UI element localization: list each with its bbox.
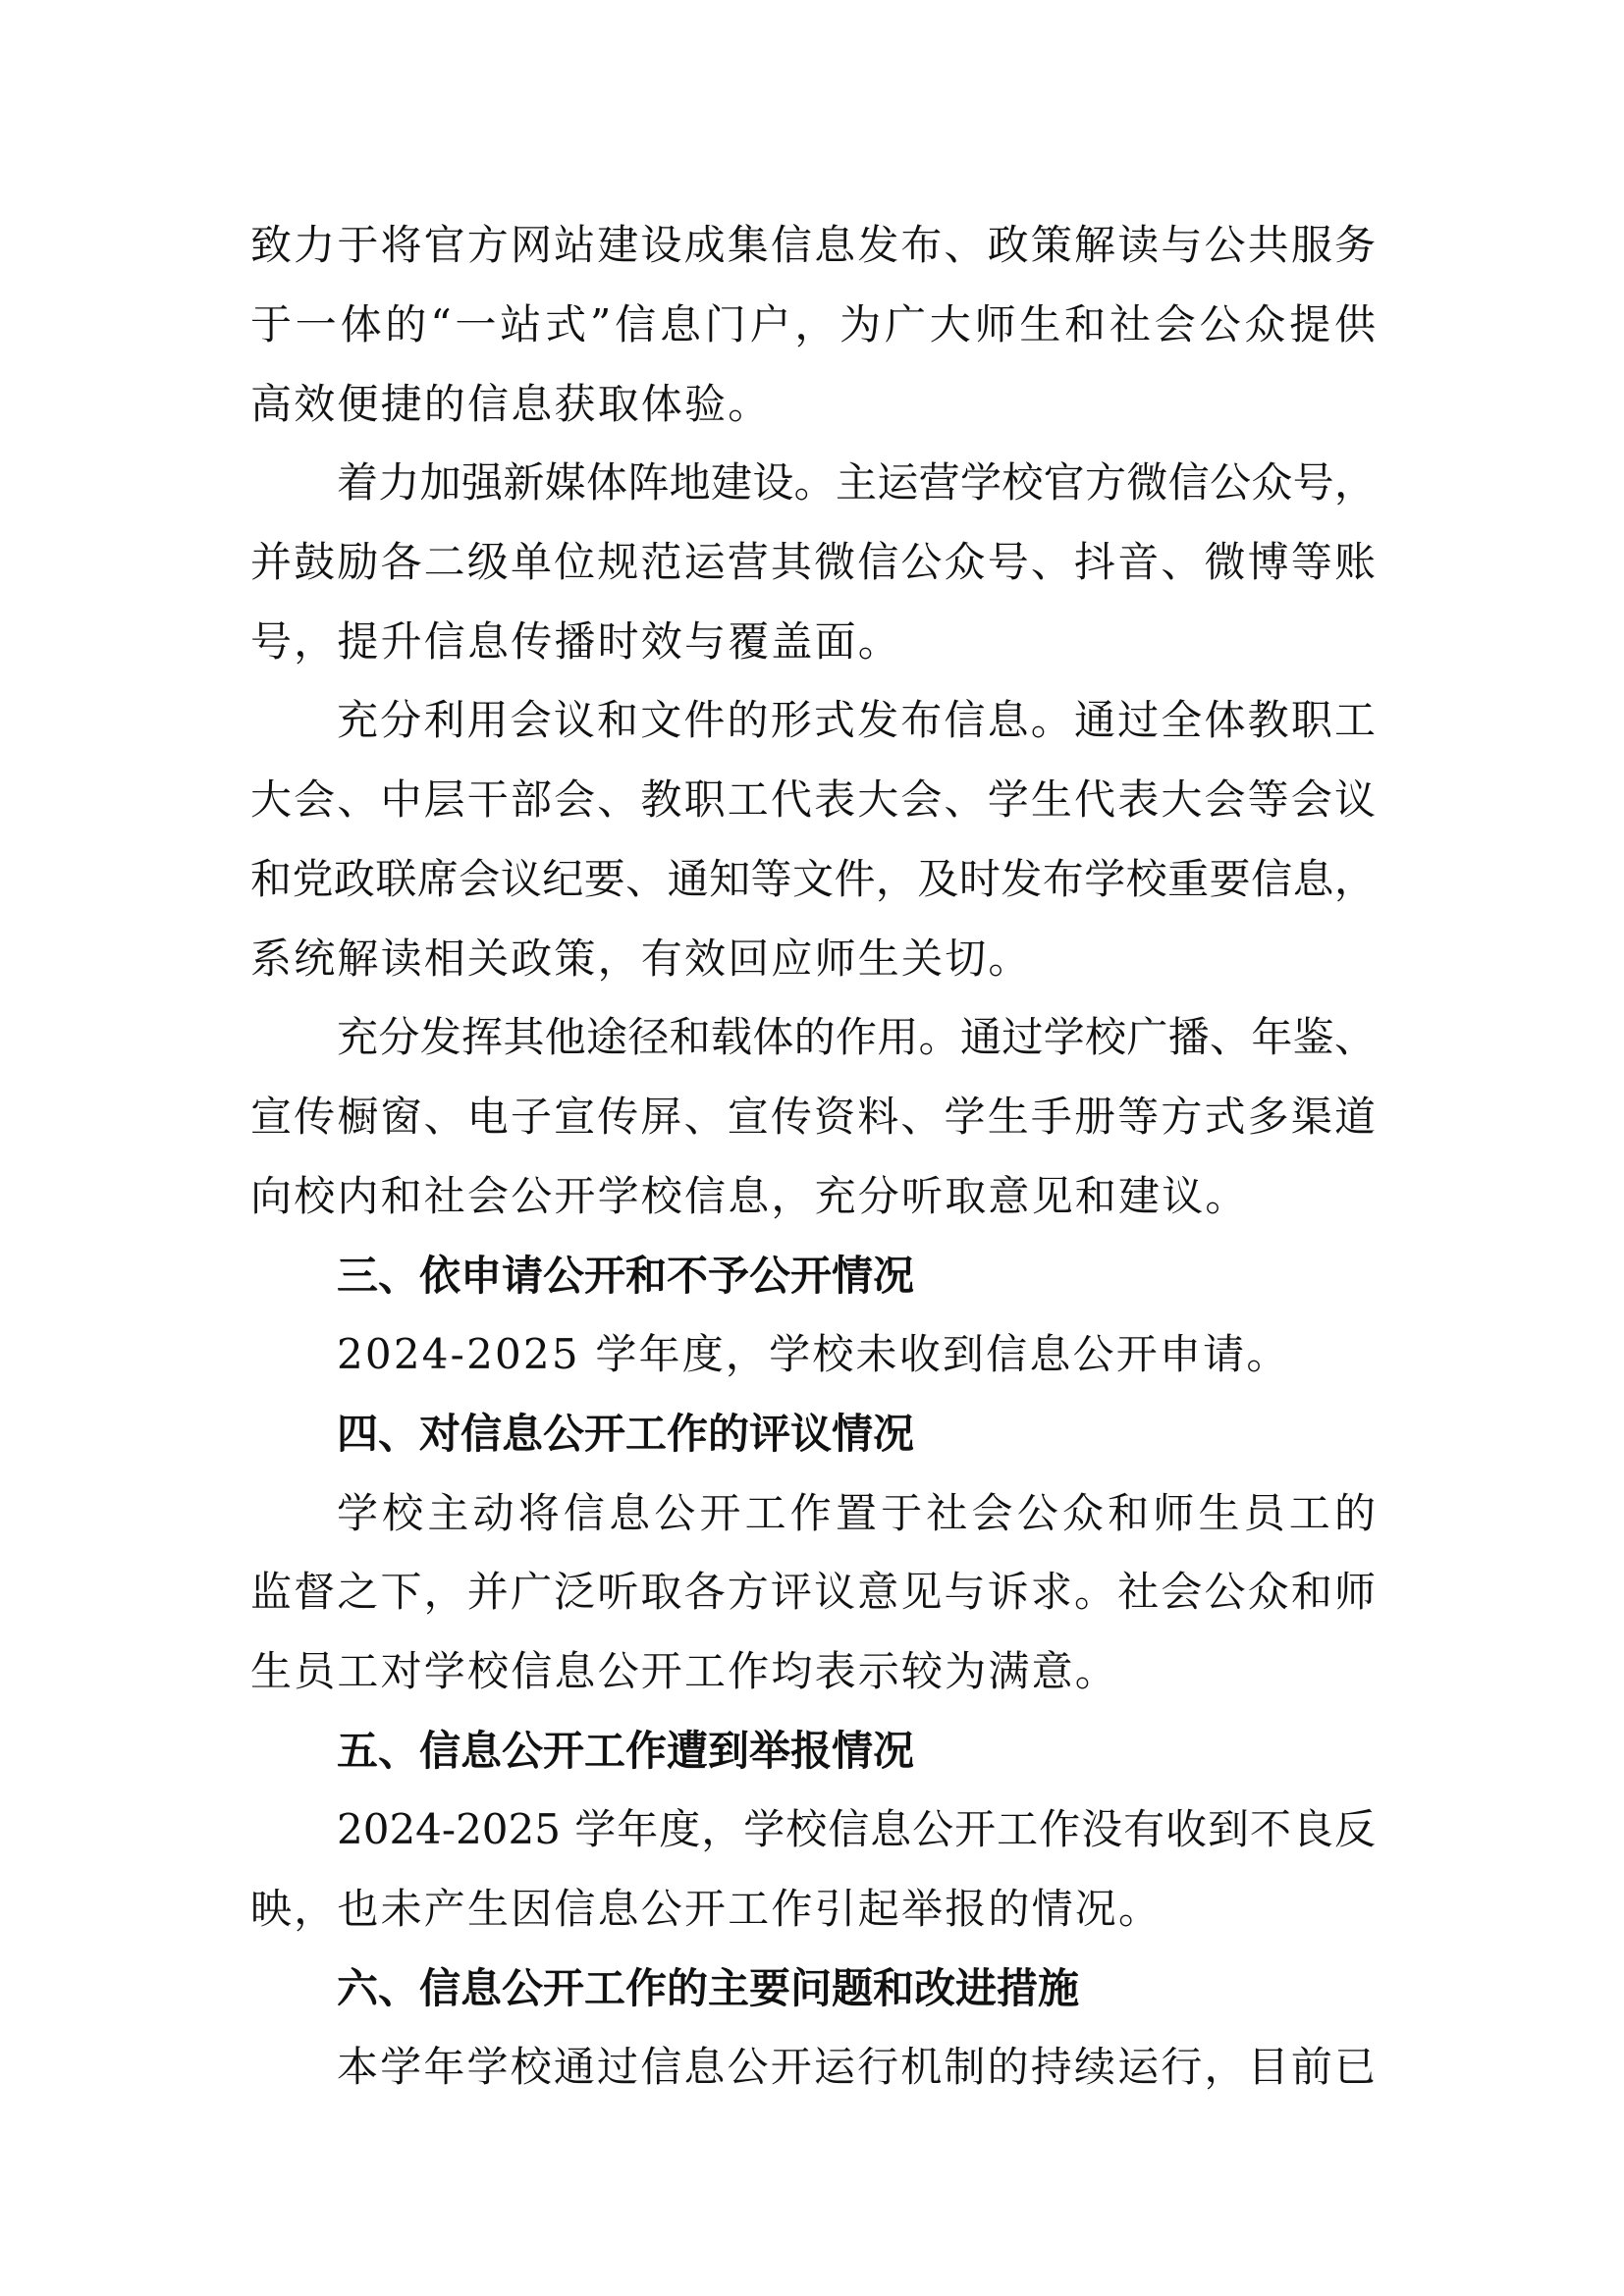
paragraph-line: 映，也未产生因信息公开工作引起举报的情况。 bbox=[250, 1886, 1376, 1933]
paragraph-line: 高效便捷的信息获取体验。 bbox=[250, 381, 1376, 428]
paragraph-line: 并鼓励各二级单位规范运营其微信公众号、抖音、微博等账 bbox=[250, 539, 1376, 586]
paragraph-line: 充分利用会议和文件的形式发布信息。通过全体教职工 bbox=[337, 697, 1376, 744]
paragraph-line: 2024-2025 学年度，学校信息公开工作没有收到不良反 bbox=[337, 1806, 1376, 1853]
paragraph-line: 向校内和社会公开学校信息，充分听取意见和建议。 bbox=[250, 1173, 1376, 1220]
document-page: 致力于将官方网站建设成集信息发布、政策解读与公共服务 于一体的“一站式”信息门户… bbox=[0, 0, 1624, 2296]
section-heading-3: 三、依申请公开和不予公开情况 bbox=[337, 1253, 1376, 1300]
paragraph-line: 监督之下，并广泛听取各方评议意见与诉求。社会公众和师 bbox=[250, 1569, 1376, 1616]
paragraph-line: 2024-2025 学年度，学校未收到信息公开申请。 bbox=[337, 1331, 1376, 1378]
paragraph-line: 致力于将官方网站建设成集信息发布、政策解读与公共服务 bbox=[250, 222, 1376, 269]
section-heading-4: 四、对信息公开工作的评议情况 bbox=[337, 1411, 1376, 1458]
paragraph-line: 系统解读相关政策，有效回应师生关切。 bbox=[250, 935, 1376, 983]
section-heading-5: 五、信息公开工作遭到举报情况 bbox=[337, 1728, 1376, 1775]
paragraph-line: 学校主动将信息公开工作置于社会公众和师生员工的 bbox=[337, 1490, 1376, 1537]
paragraph-line: 和党政联席会议纪要、通知等文件，及时发布学校重要信息， bbox=[250, 856, 1376, 903]
paragraph-line: 大会、中层干部会、教职工代表大会、学生代表大会等会议 bbox=[250, 776, 1376, 824]
paragraph-line: 充分发挥其他途径和载体的作用。通过学校广播、年鉴、 bbox=[337, 1014, 1376, 1061]
paragraph-line: 于一体的“一站式”信息门户，为广大师生和社会公众提供 bbox=[250, 301, 1376, 348]
paragraph-line: 生员工对学校信息公开工作均表示较为满意。 bbox=[250, 1648, 1376, 1695]
paragraph-line: 宣传橱窗、电子宣传屏、宣传资料、学生手册等方式多渠道 bbox=[250, 1094, 1376, 1141]
paragraph-line: 号，提升信息传播时效与覆盖面。 bbox=[250, 618, 1376, 666]
paragraph-line: 着力加强新媒体阵地建设。主运营学校官方微信公众号， bbox=[337, 459, 1376, 507]
section-heading-6: 六、信息公开工作的主要问题和改进措施 bbox=[337, 1965, 1376, 2012]
paragraph-line: 本学年学校通过信息公开运行机制的持续运行，目前已 bbox=[337, 2044, 1376, 2091]
